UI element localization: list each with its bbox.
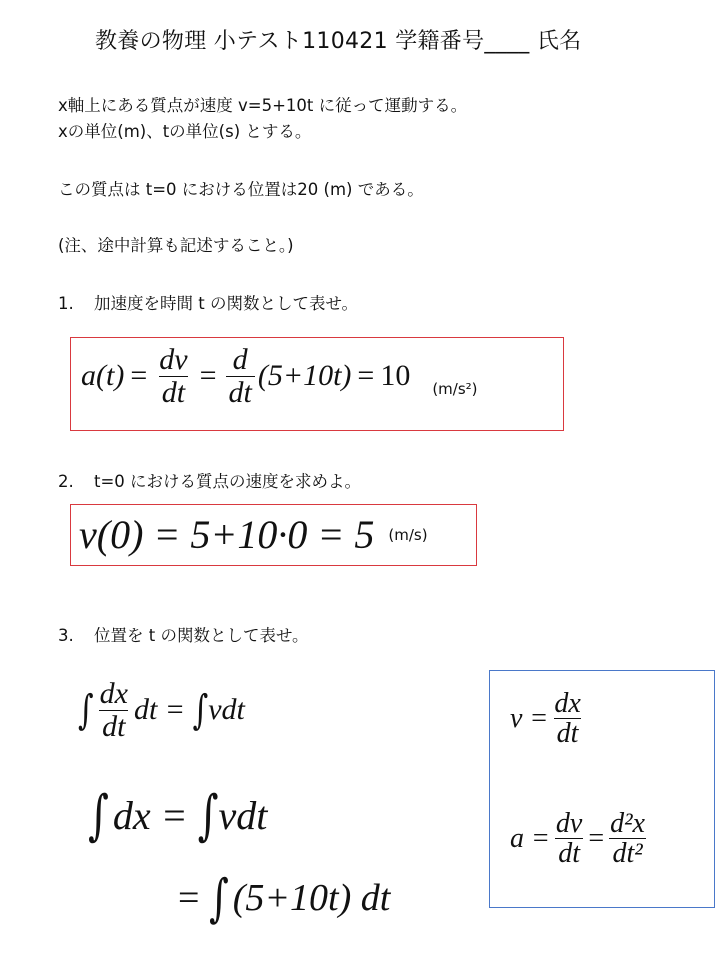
acceleration-equation: a(t) = dv dt = d dt (5+10t) = 10 (m/s²) (81, 344, 478, 408)
work-text: vdt (208, 693, 245, 727)
question-1: 1.加速度を時間 t の関数として表せ。 (58, 290, 358, 314)
question-number: 1. (58, 294, 94, 313)
integral-sign: ∫ (78, 686, 94, 733)
numerator: d (230, 344, 251, 376)
initial-condition-text: この質点は t=0 における位置は20 (m) である。 (58, 176, 424, 200)
work-line-1: ∫ dx dt dt = ∫ vdt (78, 678, 245, 742)
equals-sign: = (130, 359, 147, 393)
answer-box-2: v(0) = 5+10·0 = 5 (m/s) (70, 504, 477, 566)
fraction-dv-dt: dv dt (553, 809, 585, 869)
numerator: dx (551, 689, 583, 718)
acceleration-result: 10 (380, 359, 410, 393)
page-title: 教養の物理 小テスト110421 学籍番号____ 氏名 (95, 24, 581, 55)
answer-box-1: a(t) = dv dt = d dt (5+10t) = 10 (m/s²) (70, 337, 564, 431)
fraction-dv-dt: dv dt (156, 344, 190, 408)
equals-sign: = (178, 876, 209, 920)
velocity-expression: (5+10t) (258, 359, 352, 393)
problem-statement-line-1: x軸上にある質点が速度 v=5+10t に従って運動する。 (58, 92, 467, 116)
equals-sign: = (357, 359, 374, 393)
fraction-dx-dt: dx dt (97, 678, 131, 742)
integral-sign: ∫ (88, 784, 109, 846)
unit-label: (m/s²) (432, 380, 477, 398)
eq-lhs: v = (510, 703, 548, 735)
work-text: dt = (134, 693, 193, 727)
velocity-at-zero-equation: v(0) = 5+10·0 = 5 (m/s) (79, 511, 428, 558)
instruction-note: (注、途中計算も記述すること。) (58, 232, 294, 256)
formula-hint-box: v = dx dt a = dv dt = d²x dt² (489, 670, 715, 908)
eq-lhs: a(t) (81, 359, 124, 393)
eq-lhs: a = (510, 823, 550, 855)
fraction-d-dt: d dt (226, 344, 255, 408)
question-number: 3. (58, 626, 94, 645)
denominator: dt (554, 718, 582, 748)
numerator: dv (553, 809, 585, 838)
numerator: d²x (607, 809, 648, 838)
question-text: t=0 における質点の速度を求めよ。 (94, 472, 361, 491)
problem-statement-line-2: xの単位(m)、tの単位(s) とする。 (58, 118, 311, 142)
equals-sign: = (200, 359, 217, 393)
integral-sign: ∫ (193, 686, 209, 733)
numerator: dv (156, 344, 190, 376)
question-number: 2. (58, 472, 94, 491)
work-line-3: = ∫ (5+10t) dt (178, 876, 390, 920)
velocity-definition: v = dx dt (510, 689, 587, 749)
work-text: (5+10t) dt (233, 876, 391, 920)
equals-sign: = (588, 823, 604, 855)
denominator: dt (226, 376, 255, 409)
question-text: 位置を t の関数として表せ。 (94, 626, 308, 645)
acceleration-definition: a = dv dt = d²x dt² (510, 809, 651, 869)
unit-label: (m/s) (388, 526, 427, 544)
fraction-dx-dt: dx dt (551, 689, 583, 749)
denominator: dt (99, 710, 128, 743)
integral-sign: ∫ (198, 784, 219, 846)
work-text: vdt (218, 792, 267, 839)
numerator: dx (97, 678, 131, 710)
question-2: 2.t=0 における質点の速度を求めよ。 (58, 468, 361, 492)
question-3: 3.位置を t の関数として表せ。 (58, 622, 308, 646)
integral-sign: ∫ (209, 868, 229, 927)
fraction-d2x-dt2: d²x dt² (607, 809, 648, 869)
question-text: 加速度を時間 t の関数として表せ。 (94, 294, 358, 313)
denominator: dt (555, 838, 583, 868)
work-line-2: ∫ dx = ∫ vdt (88, 792, 267, 839)
denominator: dt² (609, 838, 645, 868)
eq-expression: v(0) = 5+10·0 = 5 (79, 511, 374, 558)
work-text: dx = (113, 792, 198, 839)
denominator: dt (159, 376, 188, 409)
